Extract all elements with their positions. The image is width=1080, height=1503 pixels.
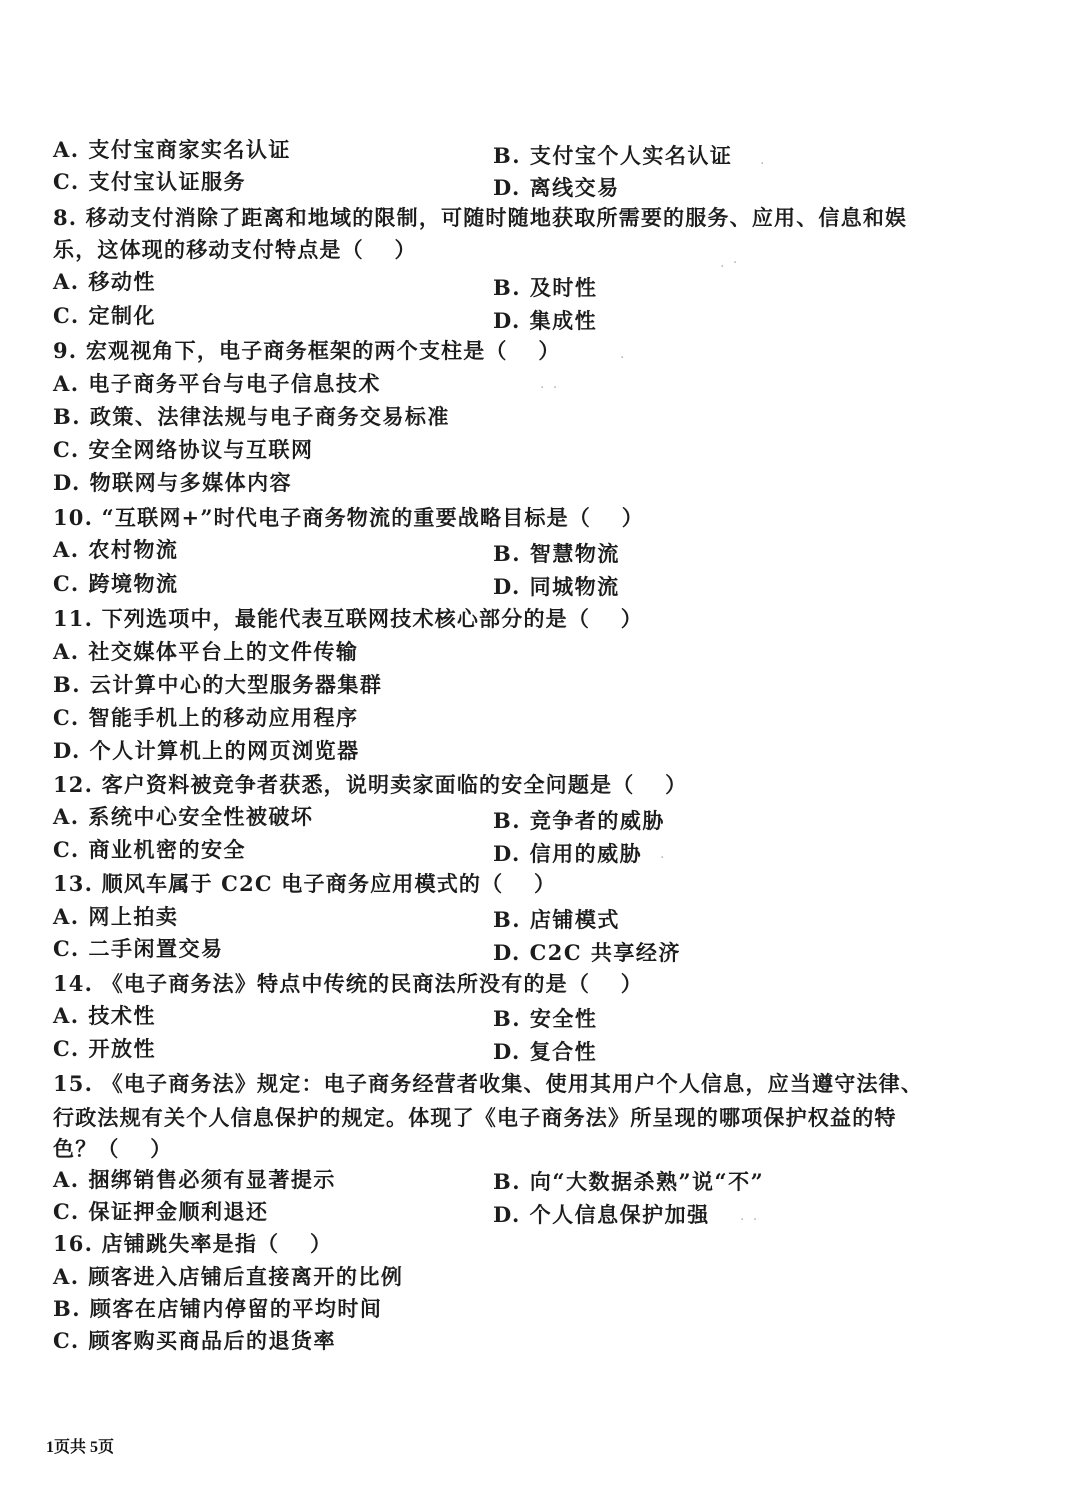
- q15-stem-line-2: 行政法规有关个人信息保护的规定。体现了《电子商务法》所呈现的哪项保护权益的特: [53, 1104, 897, 1132]
- q12-option-a: A. 系统中心安全性被破坏: [53, 803, 313, 831]
- q13-option-a: A. 网上拍卖: [53, 903, 178, 931]
- scan-artifact: ·: [660, 850, 666, 866]
- q11-option-c: C. 智能手机上的移动应用程序: [53, 704, 358, 732]
- q12-option-b: B. 竞争者的威胁: [493, 807, 665, 835]
- q8-stem-line-1: 8. 移动支付消除了距离和地域的限制，可随时随地获取所需要的服务、应用、信息和娱: [53, 204, 907, 232]
- q10-option-c: C. 跨境物流: [53, 570, 178, 598]
- q10-option-d: D. 同城物流: [493, 573, 620, 601]
- q8-option-c: C. 定制化: [53, 302, 156, 330]
- q15-option-b: B. 向“大数据杀熟”说“不”: [493, 1168, 764, 1196]
- q13-option-b: B. 店铺模式: [493, 906, 620, 934]
- q8-option-b: B. 及时性: [493, 274, 597, 302]
- q11-option-a: A. 社交媒体平台上的文件传输: [53, 638, 358, 666]
- q12-stem: 12. 客户资料被竞争者获悉，说明卖家面临的安全问题是（ ）: [53, 771, 687, 799]
- scan-artifact: ·: [620, 350, 626, 366]
- q11-option-d: D. 个人计算机上的网页浏览器: [53, 737, 360, 765]
- scan-artifact: · ·: [740, 1212, 759, 1228]
- q9-stem: 9. 宏观视角下，电子商务框架的两个支柱是（ ）: [53, 337, 561, 365]
- q8-option-d: D. 集成性: [493, 307, 597, 335]
- q14-option-d: D. 复合性: [493, 1038, 597, 1066]
- q15-option-d: D. 个人信息保护加强: [493, 1201, 710, 1229]
- q13-stem: 13. 顺风车属于 C2C 电子商务应用模式的（ ）: [53, 870, 556, 898]
- q8-option-a: A. 移动性: [53, 268, 156, 296]
- q11-stem: 11. 下列选项中，最能代表互联网技术核心部分的是（ ）: [53, 605, 643, 633]
- q7-option-c: C. 支付宝认证服务: [53, 168, 246, 196]
- scan-artifact: · ·: [540, 380, 559, 396]
- q14-stem: 14. 《电子商务法》特点中传统的民商法所没有的是（ ）: [53, 970, 643, 998]
- q15-option-a: A. 捆绑销售必须有显著提示: [53, 1166, 336, 1194]
- q14-option-b: B. 安全性: [493, 1005, 597, 1033]
- q7-option-d: D. 离线交易: [493, 174, 620, 202]
- q9-option-c: C. 安全网络协议与互联网: [53, 436, 313, 464]
- q8-stem-line-2: 乐，这体现的移动支付特点是（ ）: [53, 236, 417, 264]
- q12-option-c: C. 商业机密的安全: [53, 836, 246, 864]
- q7-option-b: B. 支付宝个人实名认证: [493, 142, 732, 170]
- q16-stem: 16. 店铺跳失率是指（ ）: [53, 1230, 332, 1258]
- q10-option-a: A. 农村物流: [53, 536, 178, 564]
- scan-artifact: . ·: [720, 255, 739, 271]
- q11-option-b: B. 云计算中心的大型服务器集群: [53, 671, 382, 699]
- scan-artifact: .: [760, 152, 766, 168]
- q12-option-d: D. 信用的威胁: [493, 840, 642, 868]
- q13-option-c: C. 二手闲置交易: [53, 935, 223, 963]
- q10-stem: 10. “互联网+”时代电子商务物流的重要战略目标是（ ）: [53, 504, 644, 532]
- q9-option-a: A. 电子商务平台与电子信息技术: [53, 370, 381, 398]
- q15-option-c: C. 保证押金顺利退还: [53, 1198, 268, 1226]
- q16-option-b: B. 顾客在店铺内停留的平均时间: [53, 1295, 382, 1323]
- q7-option-a: A. 支付宝商家实名认证: [53, 136, 291, 164]
- exam-page: A. 支付宝商家实名认证 B. 支付宝个人实名认证 C. 支付宝认证服务 D. …: [0, 0, 1080, 1503]
- q14-option-c: C. 开放性: [53, 1035, 156, 1063]
- q15-stem-line-1: 15. 《电子商务法》规定：电子商务经营者收集、使用其用户个人信息，应当遵守法律…: [53, 1070, 923, 1098]
- q9-option-d: D. 物联网与多媒体内容: [53, 469, 292, 497]
- q10-option-b: B. 智慧物流: [493, 540, 620, 568]
- q16-option-a: A. 顾客进入店铺后直接离开的比例: [53, 1263, 403, 1291]
- q9-option-b: B. 政策、法律法规与电子商务交易标准: [53, 403, 450, 431]
- q15-stem-line-3: 色？（ ）: [53, 1135, 173, 1163]
- q16-option-c: C. 顾客购买商品后的退货率: [53, 1327, 336, 1355]
- page-number-footer: 1页共 5页: [46, 1434, 114, 1457]
- q14-option-a: A. 技术性: [53, 1002, 156, 1030]
- q13-option-d: D. C2C 共享经济: [493, 939, 681, 967]
